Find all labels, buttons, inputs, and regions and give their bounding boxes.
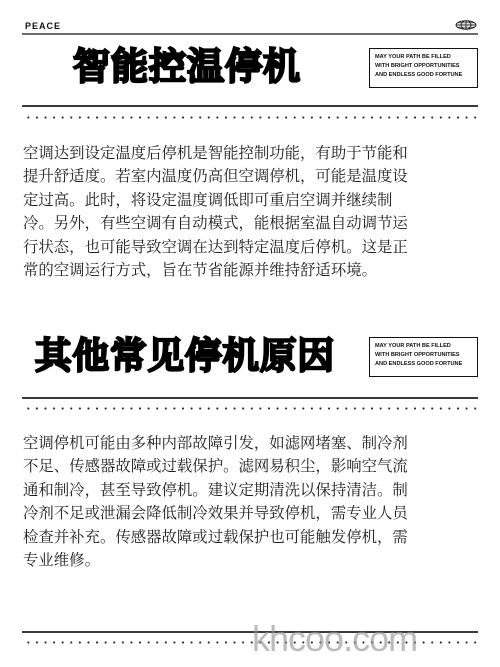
section-paragraph: 空调达到设定温度后停机是智能控制功能，有助于节能和 提升舒适度。若室内温度仍高但…	[23, 142, 463, 282]
tagline-line: MAY YOUR PATH BE FILLED	[375, 53, 473, 62]
paragraph-line: 专业维修。	[23, 549, 463, 572]
paragraph-line: 行状态，也可能导致空调在达到特定温度后停机。这是正	[23, 236, 463, 259]
header-divider	[22, 33, 478, 35]
paragraph-line: 提升舒适度。若室内温度仍高但空调停机，可能是温度设	[23, 165, 463, 188]
dotted-divider	[24, 116, 478, 119]
section-paragraph: 空调停机可能由多种内部故障引发，如滤网堵塞、制冷剂 不足、传感器故障或过载保护。…	[23, 432, 463, 572]
section-title: 其他常见停机原因	[35, 338, 335, 375]
paragraph-line: 空调停机可能由多种内部故障引发，如滤网堵塞、制冷剂	[23, 432, 463, 455]
tagline-box: MAY YOUR PATH BE FILLED WITH BRIGHT OPPO…	[369, 48, 478, 88]
watermark: khcoo.com	[252, 618, 417, 660]
section-title: 智能控温停机	[73, 48, 301, 85]
section-divider	[22, 397, 478, 399]
paragraph-line: 冷。另外，有些空调有自动模式，能根据室温自动调节运	[23, 212, 463, 235]
paragraph-line: 检查并补充。传感器故障或过载保护也可能触发停机，需	[23, 526, 463, 549]
paragraph-line: 常的空调运行方式，旨在节省能源并维持舒适环境。	[23, 259, 463, 282]
dotted-divider	[24, 407, 478, 410]
tagline-line: WITH BRIGHT OPPORTUNITIES	[375, 62, 473, 71]
tagline-line: AND ENDLESS GOOD FORTUNE	[375, 360, 473, 369]
paragraph-line: 通和制冷，甚至导致停机。建议定期清洗以保持清洁。制	[23, 479, 463, 502]
paragraph-line: 不足、传感器故障或过载保护。滤网易积尘，影响空气流	[23, 455, 463, 478]
paragraph-line: 空调达到设定温度后停机是智能控制功能，有助于节能和	[23, 142, 463, 165]
paragraph-line: 冷剂不足或泄漏会降低制冷效果并导致停机，需专业人员	[23, 502, 463, 525]
section-divider	[22, 105, 478, 107]
tagline-box: MAY YOUR PATH BE FILLED WITH BRIGHT OPPO…	[369, 337, 478, 377]
paragraph-line: 定过高。此时，将设定温度调低即可重启空调并继续制	[23, 189, 463, 212]
tagline-line: AND ENDLESS GOOD FORTUNE	[375, 71, 473, 80]
brand-label: PEACE	[25, 21, 61, 31]
tagline-line: MAY YOUR PATH BE FILLED	[375, 342, 473, 351]
tagline-line: WITH BRIGHT OPPORTUNITIES	[375, 351, 473, 360]
globe-icon	[455, 20, 477, 30]
